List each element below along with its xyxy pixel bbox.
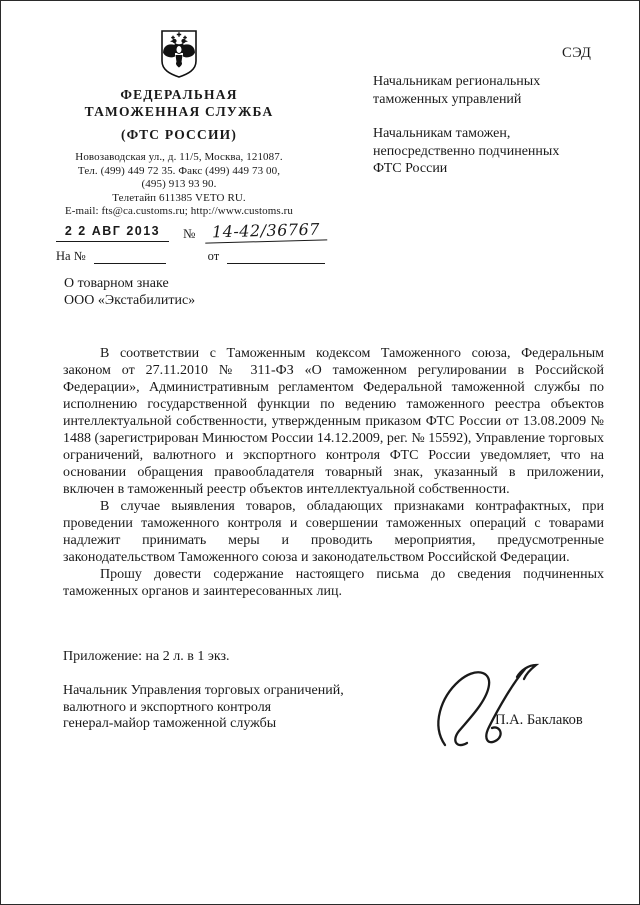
org-address: Новозаводская ул., д. 11/5, Москва, 1210… bbox=[49, 151, 309, 219]
addressee-line: непосредственно подчиненных bbox=[373, 143, 608, 161]
signer-name: П.А. Баклаков bbox=[495, 712, 583, 729]
attachment-note: Приложение: на 2 л. в 1 экз. bbox=[63, 649, 230, 665]
body-paragraph-3: Прошу довести содержание настоящего пись… bbox=[63, 566, 604, 600]
body-paragraph-2: В случае выявления товаров, обладающих п… bbox=[63, 498, 604, 566]
address-line: (495) 913 93 90. bbox=[49, 178, 309, 192]
address-line: Тел. (499) 449 72 35. Факс (499) 449 73 … bbox=[49, 165, 309, 179]
signer-position-line: генерал-майор таможенной службы bbox=[63, 716, 403, 733]
subject-line2: ООО «Экстабилитис» bbox=[64, 292, 195, 309]
addressee-block-1: Начальникам региональных таможенных упра… bbox=[373, 73, 608, 108]
reply-from-label: от bbox=[208, 249, 220, 264]
russian-state-emblem-icon bbox=[159, 29, 199, 79]
addressee-block-2: Начальникам таможен, непосредственно под… bbox=[373, 125, 608, 178]
body-paragraph-1: В соответствии с Таможенным кодексом Там… bbox=[63, 345, 604, 498]
org-short-name: (ФТС РОССИИ) bbox=[49, 127, 309, 143]
addressee-line: Начальникам региональных bbox=[373, 73, 608, 91]
date-stamp: 2 2 АВГ 2013 bbox=[56, 224, 169, 242]
signer-position-line: Начальник Управления торговых ограничени… bbox=[63, 683, 403, 700]
scanned-letter-page: ФЕДЕРАЛЬНАЯ ТАМОЖЕННАЯ СЛУЖБА (ФТС РОССИ… bbox=[0, 0, 640, 905]
signer-position: Начальник Управления торговых ограничени… bbox=[63, 683, 403, 733]
date-number-row: 2 2 АВГ 2013 № 14-42/36767 bbox=[56, 221, 346, 242]
letter-body: В соответствии с Таможенным кодексом Там… bbox=[63, 345, 604, 600]
handwritten-signature-icon bbox=[433, 663, 553, 755]
subject-line1: О товарном знаке bbox=[64, 275, 195, 292]
addressee-line: Начальникам таможен, bbox=[373, 125, 608, 143]
org-name-line2: ТАМОЖЕННАЯ СЛУЖБА bbox=[49, 104, 309, 121]
number-sign: № bbox=[183, 226, 195, 242]
address-line: Телетайп 611385 VETO RU. bbox=[49, 192, 309, 206]
org-name: ФЕДЕРАЛЬНАЯ ТАМОЖЕННАЯ СЛУЖБА bbox=[49, 87, 309, 120]
reply-date-blank bbox=[227, 250, 325, 264]
address-line: Новозаводская ул., д. 11/5, Москва, 1210… bbox=[49, 151, 309, 165]
reply-reference-row: На № от bbox=[56, 249, 346, 264]
reply-to-label: На № bbox=[56, 249, 86, 264]
reply-number-blank bbox=[94, 250, 166, 264]
addressees: Начальникам региональных таможенных упра… bbox=[373, 73, 608, 178]
sed-mark: СЭД bbox=[562, 45, 591, 62]
outgoing-number-handwritten: 14-42/36767 bbox=[205, 219, 328, 243]
signer-position-line: валютного и экспортного контроля bbox=[63, 700, 403, 717]
subject: О товарном знаке ООО «Экстабилитис» bbox=[64, 275, 195, 309]
letterhead: ФЕДЕРАЛЬНАЯ ТАМОЖЕННАЯ СЛУЖБА (ФТС РОССИ… bbox=[49, 29, 309, 219]
addressee-line: ФТС России bbox=[373, 160, 608, 178]
address-line: E-mail: fts@ca.customs.ru; http://www.cu… bbox=[49, 205, 309, 219]
org-name-line1: ФЕДЕРАЛЬНАЯ bbox=[49, 87, 309, 104]
addressee-line: таможенных управлений bbox=[373, 91, 608, 109]
reference-block: 2 2 АВГ 2013 № 14-42/36767 На № от bbox=[56, 221, 346, 271]
